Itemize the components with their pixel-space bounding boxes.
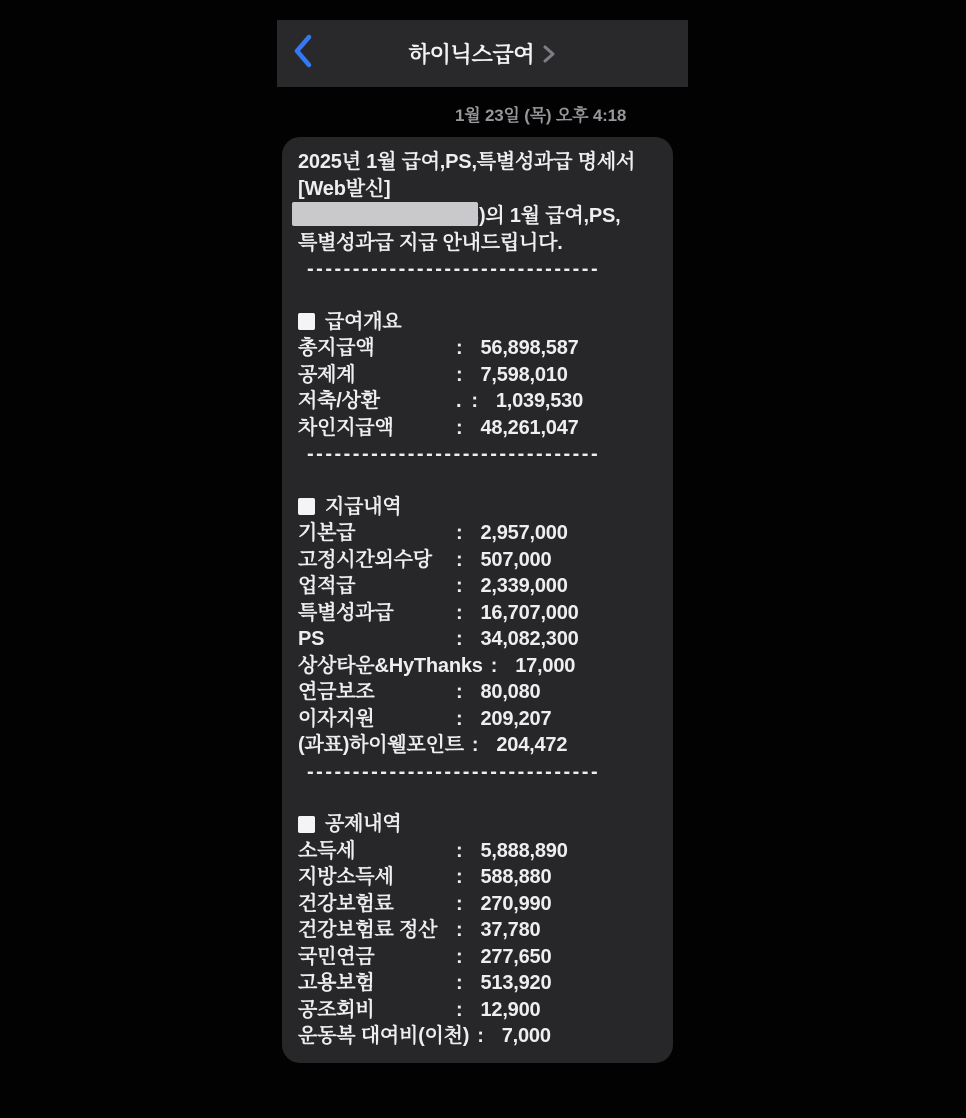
row-value: 204,472 xyxy=(496,732,567,759)
payslip-row: 공제계 : 7,598,010 xyxy=(298,362,659,389)
row-label: 고용보험 xyxy=(298,970,456,997)
payslip-row: 공조회비 : 12,900 xyxy=(298,997,659,1024)
row-value: 588,880 xyxy=(480,864,551,891)
message-sections: 급여개요 총지급액 : 56,898,587 공제계 : 7,598,010 저… xyxy=(298,309,659,1050)
dashed-separator: -------------------------------- xyxy=(298,441,659,468)
payslip-row: 총지급액 : 56,898,587 xyxy=(298,335,659,362)
row-colon: : xyxy=(456,362,462,389)
chevron-left-icon xyxy=(293,33,313,74)
row-colon: : xyxy=(456,520,462,547)
row-value: 1,039,530 xyxy=(496,388,583,415)
recipient-line-text: )의 1월 급여,PS, xyxy=(479,205,621,227)
payslip-row: PS : 34,082,300 xyxy=(298,626,659,653)
row-value: 209,207 xyxy=(480,706,551,733)
row-colon: : xyxy=(456,970,462,997)
row-label: 이자지원 xyxy=(298,706,456,733)
row-value: 80,080 xyxy=(480,679,540,706)
recipient-line: 3)의 1월 급여,PS, xyxy=(298,202,659,230)
row-label: 국민연금 xyxy=(298,944,456,971)
row-value: 16,707,000 xyxy=(480,600,578,627)
row-colon: : xyxy=(472,732,478,759)
row-colon: : xyxy=(456,626,462,653)
row-colon: : xyxy=(456,997,462,1024)
row-label: 지방소득세 xyxy=(298,864,456,891)
row-label: 운동복 대여비(이천) xyxy=(298,1023,477,1050)
square-bullet-icon xyxy=(298,313,315,330)
section-header: 공제내역 xyxy=(298,811,659,838)
row-label: 기본급 xyxy=(298,520,456,547)
row-value: 2,339,000 xyxy=(480,573,567,600)
row-value: 37,780 xyxy=(480,917,540,944)
row-label: 총지급액 xyxy=(298,335,456,362)
row-value: 277,650 xyxy=(480,944,551,971)
payslip-row: 연금보조 : 80,080 xyxy=(298,679,659,706)
payslip-row: 운동복 대여비(이천) : 7,000 xyxy=(298,1023,659,1050)
payslip-row: 상상타운&HyThanks : 17,000 xyxy=(298,653,659,680)
payslip-section: 급여개요 총지급액 : 56,898,587 공제계 : 7,598,010 저… xyxy=(298,309,659,442)
dashed-separator: -------------------------------- xyxy=(298,256,659,283)
web-notice: [Web발신] xyxy=(298,176,659,203)
row-label: 건강보험료 정산 xyxy=(298,917,456,944)
row-value: 270,990 xyxy=(480,891,551,918)
conversation-header[interactable]: 하이닉스급여 xyxy=(409,38,557,69)
square-bullet-icon xyxy=(298,816,315,833)
payslip-row: 특별성과급 : 16,707,000 xyxy=(298,600,659,627)
payslip-row: 이자지원 : 209,207 xyxy=(298,706,659,733)
row-value: 56,898,587 xyxy=(480,335,578,362)
row-label: 연금보조 xyxy=(298,679,456,706)
section-title: 지급내역 xyxy=(325,494,401,521)
row-label: 특별성과급 xyxy=(298,600,456,627)
row-colon: : xyxy=(456,547,462,574)
row-value: 507,000 xyxy=(480,547,551,574)
row-value: 48,261,047 xyxy=(480,415,578,442)
row-label: 건강보험료 xyxy=(298,891,456,918)
section-title: 급여개요 xyxy=(325,309,401,336)
conversation-nav-bar: 하이닉스급여 xyxy=(277,20,688,87)
row-label: 업적급 xyxy=(298,573,456,600)
row-colon: : xyxy=(456,891,462,918)
payslip-row: 건강보험료 : 270,990 xyxy=(298,891,659,918)
date-header: 1월 23일 (목) 오후 4:18 xyxy=(455,101,626,126)
row-colon: : xyxy=(471,388,477,415)
chevron-right-icon xyxy=(541,43,556,65)
row-label: 소득세 xyxy=(298,838,456,865)
conversation-title: 하이닉스급여 xyxy=(409,38,535,69)
message-title: 2025년 1월 급여,PS,특별성과급 명세서 xyxy=(298,149,659,176)
row-label: 저축/상환 xyxy=(298,388,456,415)
payslip-section: 지급내역 기본급 : 2,957,000 고정시간외수당 : 507,000 업… xyxy=(298,494,659,759)
row-label: 공조회비 xyxy=(298,997,456,1024)
square-bullet-icon xyxy=(298,498,315,515)
section-header: 급여개요 xyxy=(298,309,659,336)
payslip-row: 저축/상환 . : 1,039,530 xyxy=(298,388,659,415)
payslip-row: 업적급 : 2,339,000 xyxy=(298,573,659,600)
row-colon: : xyxy=(456,917,462,944)
payslip-row: 고용보험 : 513,920 xyxy=(298,970,659,997)
row-colon: : xyxy=(456,415,462,442)
row-value: 7,000 xyxy=(502,1023,551,1050)
row-label: 공제계 xyxy=(298,362,456,389)
payslip-row: 지방소득세 : 588,880 xyxy=(298,864,659,891)
row-colon: : xyxy=(456,679,462,706)
row-colon: : xyxy=(491,653,497,680)
row-colon: : xyxy=(456,864,462,891)
row-dot: . xyxy=(456,388,461,415)
row-label: 차인지급액 xyxy=(298,415,456,442)
payslip-row: 건강보험료 정산 : 37,780 xyxy=(298,917,659,944)
row-label: 상상타운&HyThanks xyxy=(298,653,491,680)
row-value: 5,888,890 xyxy=(480,838,567,865)
section-rows: 총지급액 : 56,898,587 공제계 : 7,598,010 저축/상환 … xyxy=(298,335,659,441)
section-rows: 기본급 : 2,957,000 고정시간외수당 : 507,000 업적급 : … xyxy=(298,520,659,759)
row-value: 513,920 xyxy=(480,970,551,997)
row-value: 7,598,010 xyxy=(480,362,567,389)
screen: 하이닉스급여 1월 23일 (목) 오후 4:18 2025년 1월 급여,PS… xyxy=(0,0,966,1118)
payslip-row: 고정시간외수당 : 507,000 xyxy=(298,547,659,574)
payslip-row: 국민연금 : 277,650 xyxy=(298,944,659,971)
row-colon: : xyxy=(456,838,462,865)
row-colon: : xyxy=(456,600,462,627)
row-value: 2,957,000 xyxy=(480,520,567,547)
row-value: 12,900 xyxy=(480,997,540,1024)
payslip-row: 차인지급액 : 48,261,047 xyxy=(298,415,659,442)
intro-line-2: 특별성과급 지급 안내드립니다. xyxy=(298,230,659,257)
redacted-name-box xyxy=(292,202,478,226)
section-title: 공제내역 xyxy=(325,811,401,838)
section-header: 지급내역 xyxy=(298,494,659,521)
payslip-section: 공제내역 소득세 : 5,888,890 지방소득세 : 588,880 건강보… xyxy=(298,811,659,1050)
row-colon: : xyxy=(456,335,462,362)
section-rows: 소득세 : 5,888,890 지방소득세 : 588,880 건강보험료 : … xyxy=(298,838,659,1050)
row-colon: : xyxy=(456,944,462,971)
row-colon: : xyxy=(456,573,462,600)
payslip-row: 소득세 : 5,888,890 xyxy=(298,838,659,865)
row-label: (과표)하이웰포인트 xyxy=(298,732,472,759)
row-label: 고정시간외수당 xyxy=(298,547,456,574)
row-label: PS xyxy=(298,626,456,653)
message-bubble[interactable]: 2025년 1월 급여,PS,특별성과급 명세서 [Web발신] 3)의 1월 … xyxy=(282,137,673,1063)
payslip-row: (과표)하이웰포인트 : 204,472 xyxy=(298,732,659,759)
row-colon: : xyxy=(477,1023,483,1050)
row-value: 34,082,300 xyxy=(480,626,578,653)
payslip-row: 기본급 : 2,957,000 xyxy=(298,520,659,547)
dashed-separator: -------------------------------- xyxy=(298,759,659,786)
row-colon: : xyxy=(456,706,462,733)
row-value: 17,000 xyxy=(515,653,575,680)
back-button[interactable] xyxy=(283,20,323,87)
